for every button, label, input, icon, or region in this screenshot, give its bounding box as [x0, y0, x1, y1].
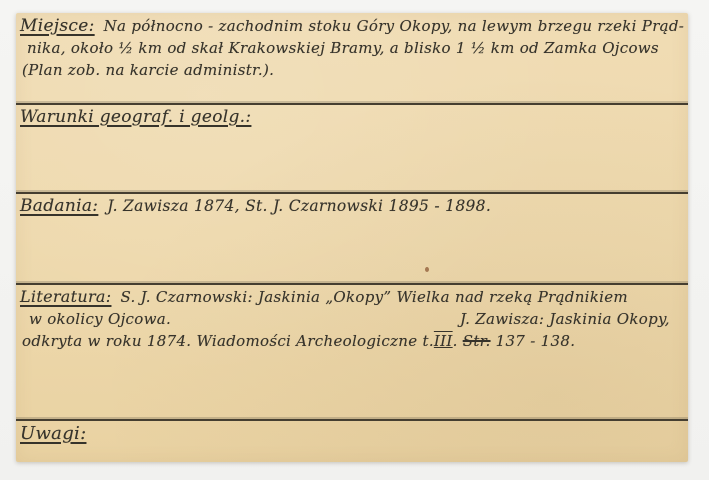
ruled-line-2 [16, 192, 688, 194]
literatura-label: Literatura: [20, 287, 111, 306]
ruled-line-1 [16, 103, 688, 105]
literatura-struck-word: Str. [463, 332, 491, 350]
scan-background: Miejsce:Na północno - zachodnim stoku Gó… [0, 0, 709, 480]
uwagi-label: Uwagi: [20, 423, 86, 444]
uwagi-row: Uwagi: [20, 423, 95, 444]
miejsce-row-1: Miejsce:Na północno - zachodnim stoku Gó… [20, 16, 684, 36]
literatura-row-2-right: J. Zawisza: Jaskinia Okopy, [460, 309, 670, 329]
literatura-row-1: Literatura:S. J. Czarnowski: Jaskinia „O… [20, 287, 628, 307]
miejsce-line-3: (Plan zob. na karcie administr.). [22, 61, 274, 79]
miejsce-label: Miejsce: [20, 16, 95, 36]
literatura-row-3: odkryta w roku 1874. Wiadomości Archeolo… [22, 331, 575, 351]
literatura-line-1: S. J. Czarnowski: Jaskinia „Okopy” Wielk… [120, 288, 628, 306]
literatura-line-2-left: w okolicy Ojcowa. [29, 310, 171, 328]
literatura-roman-period: . [453, 332, 458, 350]
miejsce-line-1: Na północno - zachodnim stoku Góry Okopy… [104, 17, 685, 35]
literatura-line-2-right: J. Zawisza: Jaskinia Okopy, [460, 310, 670, 328]
ruled-line-4 [16, 419, 688, 421]
index-card: Miejsce:Na północno - zachodnim stoku Gó… [16, 13, 688, 462]
miejsce-row-2: nika, około ½ km od skał Krakowskiej Bra… [27, 38, 659, 58]
ruled-line-3 [16, 283, 688, 285]
paper-speck [425, 267, 429, 272]
warunki-row: Warunki geograf. i geolg.: [20, 107, 260, 127]
literatura-row-2-left: w okolicy Ojcowa. [29, 309, 171, 329]
badania-row: Badania:J. Zawisza 1874, St. J. Czarnows… [20, 196, 491, 216]
miejsce-line-2: nika, około ½ km od skał Krakowskiej Bra… [27, 39, 659, 57]
literatura-line-3-a: odkryta w roku 1874. Wiadomości Archeolo… [22, 332, 434, 350]
literatura-roman-numeral: III [434, 332, 453, 350]
badania-label: Badania: [20, 196, 98, 216]
badania-text: J. Zawisza 1874, St. J. Czarnowski 1895 … [107, 197, 491, 215]
literatura-line-3-b: 137 - 138. [496, 332, 576, 350]
warunki-label: Warunki geograf. i geolg.: [20, 107, 251, 127]
miejsce-row-3: (Plan zob. na karcie administr.). [22, 60, 274, 80]
